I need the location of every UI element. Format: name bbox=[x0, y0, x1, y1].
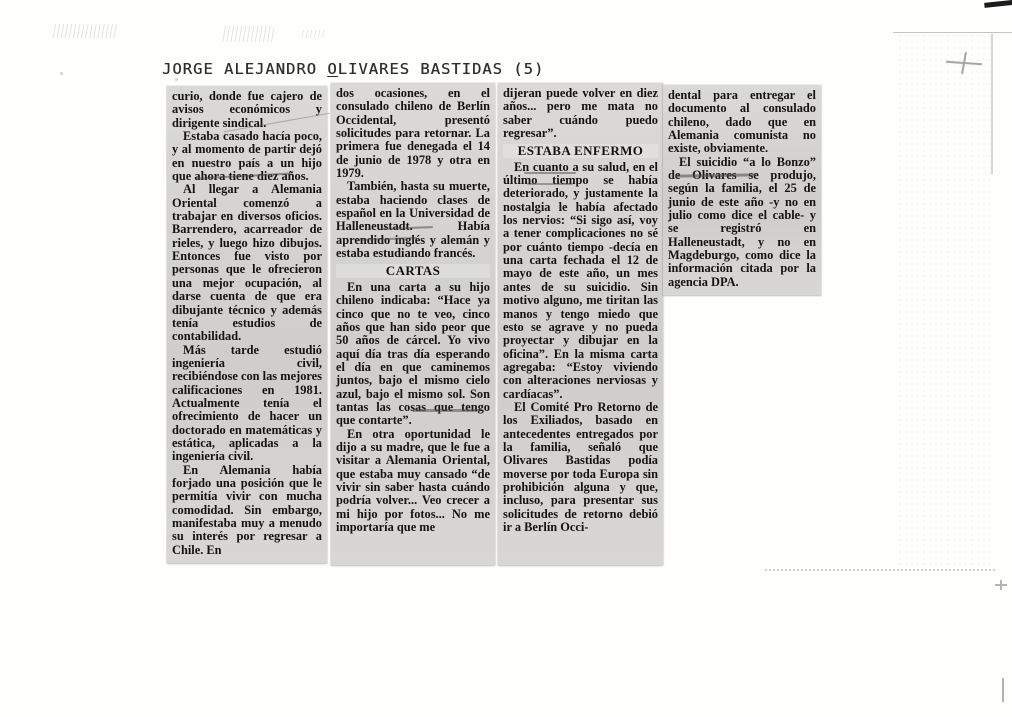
page-title: JORGE ALEJANDRO OLIVARES BASTIDAS (5) bbox=[162, 60, 544, 78]
article-paragraph: El suicidio “a lo Bonzo” de Olivares se … bbox=[668, 156, 816, 289]
section-heading-estaba-enfermo: ESTABA ENFERMO bbox=[503, 144, 658, 157]
scan-artifact-vertical-dash bbox=[1002, 678, 1004, 702]
pencil-scribble bbox=[52, 24, 118, 38]
article-paragraph: dos ocasiones, en el consulado chileno d… bbox=[336, 87, 490, 180]
newspaper-column-2: dos ocasiones, en el consulado chileno d… bbox=[331, 83, 495, 565]
page-title-pre: JORGE ALEJANDRO bbox=[162, 60, 327, 78]
registration-cross-mark-small bbox=[995, 580, 1007, 590]
article-paragraph: En cuanto a su salud, en el último tiemp… bbox=[503, 161, 658, 401]
page-title-number: (5) bbox=[503, 60, 544, 78]
scan-artifact-corner-mark bbox=[984, 0, 1012, 8]
newspaper-column-1: curio, donde fue cajero de avisos económ… bbox=[167, 86, 327, 563]
pencil-scribble bbox=[300, 30, 326, 38]
article-paragraph: En Alemania había forjado una posición q… bbox=[172, 464, 322, 557]
article-paragraph: dental para entregar el documento al con… bbox=[668, 89, 816, 156]
article-paragraph: También, hasta su muerte, estaba haciend… bbox=[336, 180, 490, 260]
section-heading-cartas: CARTAS bbox=[336, 264, 490, 277]
article-paragraph: En una carta a su hijo chileno indicaba:… bbox=[336, 281, 490, 428]
article-paragraph: El Comité Pro Retorno de los Exiliados, … bbox=[503, 401, 658, 534]
scan-artifact-paper-texture bbox=[897, 33, 993, 570]
page-title-underlined-letter: O bbox=[327, 60, 337, 78]
article-paragraph: Más tarde estudió ingeniería civil, reci… bbox=[172, 344, 322, 464]
article-paragraph: Al llegar a Alemania Oriental comenzó a … bbox=[172, 183, 322, 343]
scan-artifact-dotted-line bbox=[765, 569, 995, 571]
pencil-scribble bbox=[222, 26, 274, 42]
article-paragraph: curio, donde fue cajero de avisos económ… bbox=[172, 90, 322, 130]
article-paragraph: Estaba casado hacía poco, y al momento d… bbox=[172, 130, 322, 183]
registration-cross-mark bbox=[946, 52, 982, 74]
newspaper-column-3: dijeran puede volver en diez años... per… bbox=[498, 83, 663, 565]
scanned-document-page: JORGE ALEJANDRO OLIVARES BASTIDAS (5) cu… bbox=[0, 0, 1012, 717]
article-paragraph: En otra oportunidad le dijo a su madre, … bbox=[336, 428, 490, 535]
scan-artifact-vertical-line bbox=[991, 34, 993, 174]
dust-speck bbox=[175, 78, 178, 81]
page-title-rest: LIVARES BASTIDAS bbox=[338, 60, 503, 78]
dust-speck bbox=[60, 72, 63, 75]
scan-artifact-horizontal-line bbox=[893, 32, 1012, 33]
newspaper-column-4: dental para entregar el documento al con… bbox=[663, 85, 821, 295]
article-paragraph: dijeran puede volver en diez años... per… bbox=[503, 87, 658, 140]
